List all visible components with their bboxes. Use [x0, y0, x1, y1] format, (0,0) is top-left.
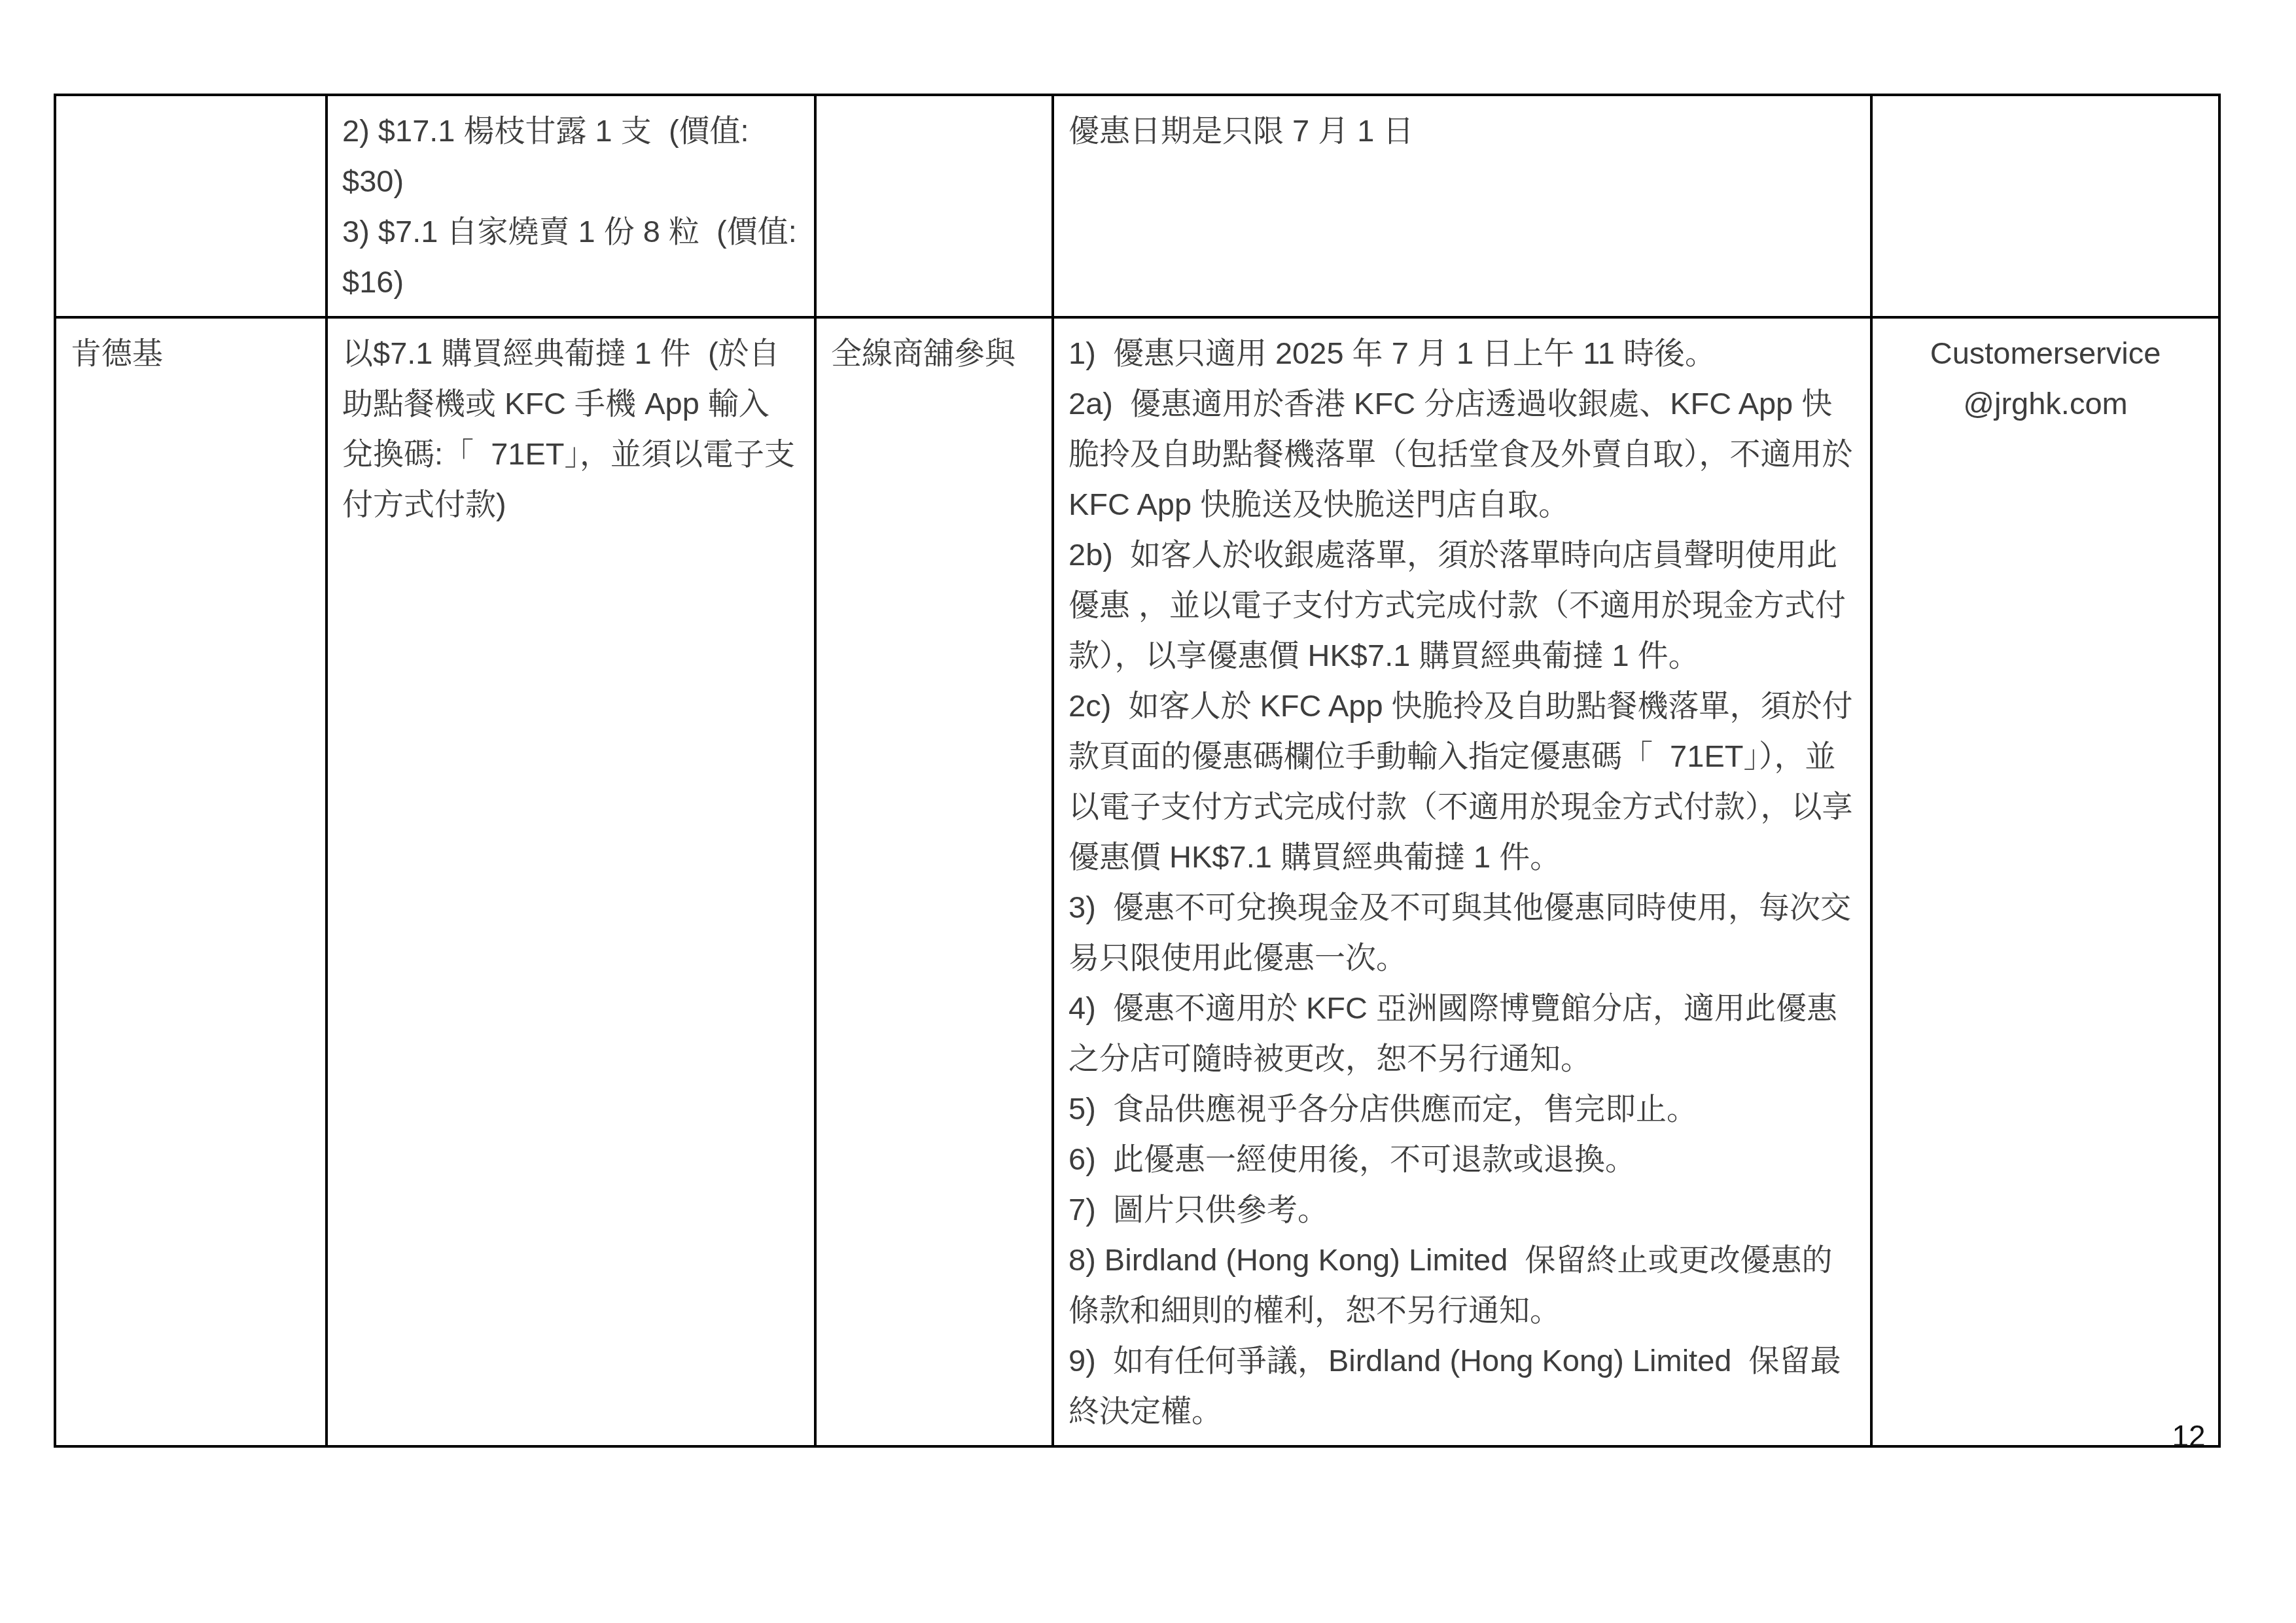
terms-cell: 1) 優惠只適用 2025 年 7 月 1 日上午 11 時後。2a) 優惠適用…	[1053, 317, 1871, 1446]
term-line: 1) 優惠只適用 2025 年 7 月 1 日上午 11 時後。	[1069, 328, 1856, 378]
offer-cell: 2) $17.1 楊枝甘露 1 支 (價值: $30)3) $7.1 自家燒賣 …	[327, 95, 815, 317]
offer-cell: 以$7.1 購買經典葡撻 1 件 (於自助點餐機或 KFC 手機 App 輸入兌…	[327, 317, 815, 1446]
table-row-continuation: 2) $17.1 楊枝甘露 1 支 (價值: $30)3) $7.1 自家燒賣 …	[55, 95, 2219, 317]
term-line: 9) 如有任何爭議，Birdland (Hong Kong) Limited 保…	[1069, 1335, 1856, 1436]
contact-line: Customerservice	[1887, 328, 2204, 378]
contact-line: @jrghk.com	[1887, 378, 2204, 428]
document-page: 2) $17.1 楊枝甘露 1 支 (價值: $30)3) $7.1 自家燒賣 …	[0, 0, 2296, 1623]
term-line: 2c) 如客人於 KFC App 快脆拎及自助點餐機落單，須於付款頁面的優惠碼欄…	[1069, 680, 1856, 882]
participation-cell	[815, 95, 1053, 317]
merchant-cell	[55, 95, 327, 317]
term-line: 5) 食品供應視乎各分店供應而定，售完即止。	[1069, 1083, 1856, 1134]
offer-line: 以$7.1 購買經典葡撻 1 件 (於自助點餐機或 KFC 手機 App 輸入兌…	[342, 328, 800, 529]
term-line: 4) 優惠不適用於 KFC 亞洲國際博覽館分店，適用此優惠之分店可隨時被更改，恕…	[1069, 983, 1856, 1083]
contact-cell: Customerservice@jrghk.com	[1871, 317, 2219, 1446]
term-line: 2a) 優惠適用於香港 KFC 分店透過收銀處、KFC App 快脆拎及自助點餐…	[1069, 378, 1856, 529]
merchant-cell: 肯德基	[55, 317, 327, 1446]
table-row-kfc: 肯德基 以$7.1 購買經典葡撻 1 件 (於自助點餐機或 KFC 手機 App…	[55, 317, 2219, 1446]
term-line: 6) 此優惠一經使用後，不可退款或退換。	[1069, 1134, 1856, 1184]
offer-line: 3) $7.1 自家燒賣 1 份 8 粒 (價值: $16)	[342, 206, 800, 307]
participation-cell: 全線商舖參與	[815, 317, 1053, 1446]
offers-table: 2) $17.1 楊枝甘露 1 支 (價值: $30)3) $7.1 自家燒賣 …	[54, 94, 2221, 1448]
term-line: 2b) 如客人於收銀處落單，須於落單時向店員聲明使用此優惠 ，並以電子支付方式完…	[1069, 529, 1856, 680]
term-line: 8) Birdland (Hong Kong) Limited 保留終止或更改優…	[1069, 1234, 1856, 1335]
contact-cell	[1871, 95, 2219, 317]
page-number: 12	[2159, 1418, 2218, 1454]
term-line: 3) 優惠不可兌換現金及不可與其他優惠同時使用，每次交易只限使用此優惠一次。	[1069, 882, 1856, 983]
term-line: 7) 圖片只供參考。	[1069, 1184, 1856, 1234]
terms-cell: 優惠日期是只限 7 月 1 日	[1053, 95, 1871, 317]
offer-line: 2) $17.1 楊枝甘露 1 支 (價值: $30)	[342, 105, 800, 206]
term-line: 優惠日期是只限 7 月 1 日	[1069, 105, 1856, 156]
